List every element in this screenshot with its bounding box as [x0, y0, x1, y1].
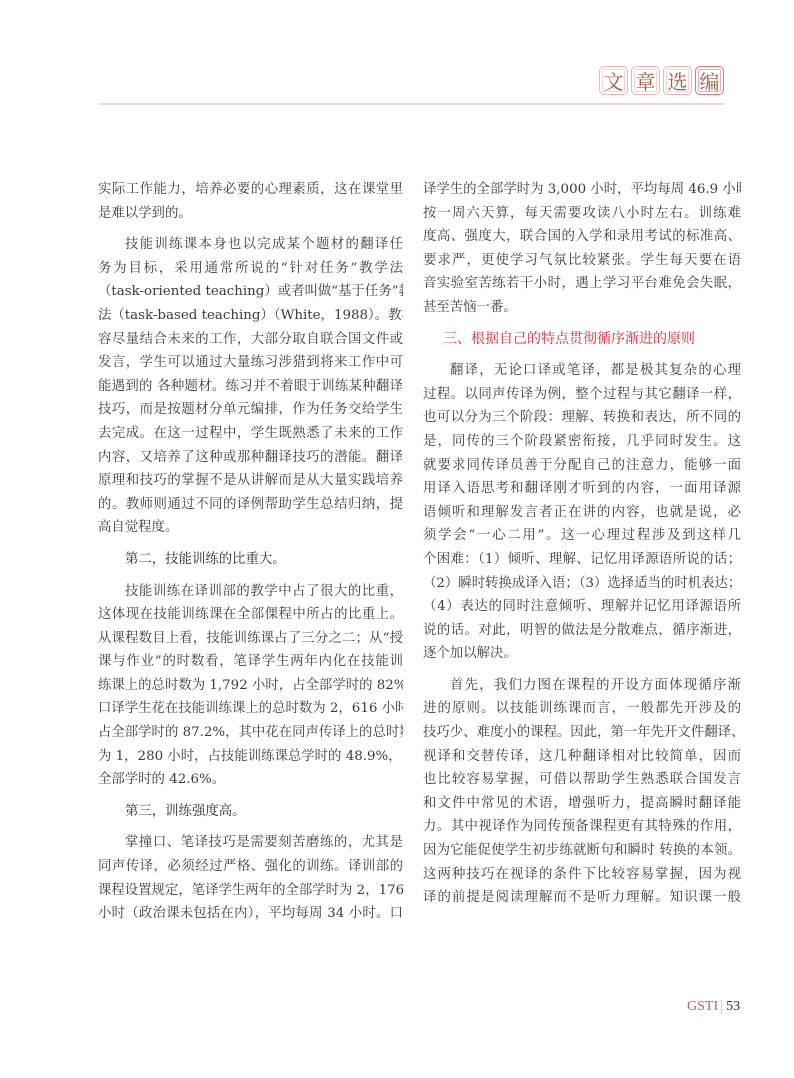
text-line: 这两种技巧在视译的条件下比较容易掌握，因为视 — [423, 863, 741, 887]
text-line: 是难以学到的。 — [98, 202, 403, 226]
text-line: 用译入语思考和翻译刚才听到的内容，一面用译源 — [423, 477, 741, 501]
stamp-char: 编 — [695, 66, 724, 95]
text-line: 实际工作能力，培养必要的心理素质，这在课堂里 — [98, 178, 403, 202]
text-line: 个困难：（1）倾听、理解、记忆用译源语所说的话； — [423, 548, 741, 572]
page-footer: GSTI 53 — [687, 999, 740, 1015]
paragraph-first-line: 首先，我们力图在课程的开设方面体现循序渐 — [423, 674, 741, 698]
stamp-char: 章 — [631, 66, 660, 95]
text-line: 小时（政治课未包括在内），平均每周 34 小时。口 — [98, 902, 403, 926]
text-line: 能遇到的 各种题材。练习并不着眼于训练某种翻译 — [98, 375, 403, 399]
paragraph-first-line: 技能训练在译训部的教学中占了很大的比重， — [98, 580, 403, 604]
text-line: 这体现在技能训练课在全部倮程中所占的比重上。 — [98, 603, 403, 627]
text-line: 高自觉程度。 — [98, 516, 403, 540]
stamp-char: 文 — [599, 66, 628, 95]
text-line: 度高、强度大，联合国的入学和录用考试的标准高、 — [423, 225, 741, 249]
right-column: 译学生的全部学时为 3,000 小时，平均每周 46.9 小时，按一周六天算，每… — [423, 178, 741, 910]
text-line: 技巧，而是按题材分单元编排，作为任务交给学生 — [98, 398, 403, 422]
text-line: 务为目标，采用通常所说的“针对任务”教学法 — [98, 257, 403, 281]
paragraph-gap — [98, 823, 403, 831]
section-label-stamps: 文 章 选 编 — [599, 66, 724, 95]
text-line: 技巧少、难度小的课程。因此，第一年先开文件翻译、 — [423, 721, 741, 745]
text-line: 甚至苦恼一番。 — [423, 296, 741, 320]
text-line: 进的原则。以技能训练课而言，一般都先开涉及的 — [423, 697, 741, 721]
text-line: （2）瞬时转换成译入语；（3）选择适当的时机表达； — [423, 572, 741, 596]
text-line: 原理和技巧的掌握不是从讲解而是从大量实践培养 — [98, 469, 403, 493]
text-line: 的。教师则通过不同的译例帮助学生总结归纳，提 — [98, 493, 403, 517]
section-heading: 三、根据自己的特点贯彻循序渐进的原则 — [423, 328, 741, 352]
page-number: 53 — [726, 999, 740, 1015]
text-line: 去完成。在这一过程中，学生既熟悉了未来的工作 — [98, 422, 403, 446]
paragraph-gap — [423, 351, 741, 359]
text-line: （task-oriented teaching）或者叫做“基于任务”教学 — [98, 280, 403, 304]
footer-divider — [721, 1000, 722, 1015]
journal-brand: GSTI — [687, 999, 718, 1015]
text-line: 要求严，更使学习气氛比较紧张。学生每天要在语 — [423, 249, 741, 273]
paragraph-first-line: 掌撞口、笔译技巧是需要刻苦磨练的，尤其是 — [98, 831, 403, 855]
text-line: 就要求同传译员善于分配自己的注意力，能够一面 — [423, 454, 741, 478]
paragraph-gap — [98, 225, 403, 233]
text-line: 也可以分为三个阶段：理解、转换和表达，所不同的 — [423, 406, 741, 430]
text-line: 内容，又培养了这种或那种翻译技巧的潜能。翻译 — [98, 446, 403, 470]
text-line: 和文件中常见的术语，增强听力，提高瞬时翻译能 — [423, 792, 741, 816]
text-line: 也比较容易掌握，可借以帮助学生熟悉联合国发言 — [423, 768, 741, 792]
text-line: 练课上的总时数为 1,792 小时，占全部学时的 82%， — [98, 674, 403, 698]
left-column: 实际工作能力，培养必要的心理素质，这在课堂里是难以学到的。技能训练课本身也以完成… — [98, 178, 403, 926]
text-line: 发言，学生可以通过大量练习涉猎到将来工作中可 — [98, 351, 403, 375]
text-line: 音实验室苦练若干小时，遇上学习平台难免会失眠， — [423, 272, 741, 296]
paragraph-first-line: 翻译，无论口译或笔译，都是极其复杂的心理 — [423, 359, 741, 383]
stamp-char: 选 — [663, 66, 692, 95]
text-line: 译学生的全部学时为 3,000 小时，平均每周 46.9 小时， — [423, 178, 741, 202]
text-line: 力。其中视译作为同传预备课程更有其特殊的作用， — [423, 815, 741, 839]
text-line: 视译和交替传译，这几种翻译相对比较简单，因而 — [423, 745, 741, 769]
text-line: 须学会“一心二用”。这一心理过程涉及到这样几 — [423, 524, 741, 548]
paragraph-gap — [423, 320, 741, 328]
subheading: 第三，训练强度高。 — [98, 800, 403, 824]
text-line: 译的前提是阅读理解而不是听力理解。知识课一般 — [423, 886, 741, 910]
text-line: 是，同传的三个阶段紧密衔接，几乎同时发生。这 — [423, 430, 741, 454]
text-line: 法（task-based teaching）（White，1988）。教材内 — [98, 304, 403, 328]
text-line: 课与作业”的时数看，笔译学生两年内化在技能训 — [98, 650, 403, 674]
paragraph-gap — [423, 666, 741, 674]
paragraph-first-line: 技能训练课本身也以完成某个题材的翻译任 — [98, 233, 403, 257]
text-line: 语倾听和理解发言者正在讲的内容，也就是说，必 — [423, 501, 741, 525]
text-line: 过程。以同声传译为例，整个过程与其它翻译一样， — [423, 383, 741, 407]
text-line: 占全部学时的 87.2%，其中花在同声传译上的总时数 — [98, 721, 403, 745]
subheading: 第二，技能训练的比重大。 — [98, 548, 403, 572]
text-line: 全部学时的 42.6%。 — [98, 768, 403, 792]
text-line: 因为它能促使学生初步练就断句和瞬时 转换的本领。 — [423, 839, 741, 863]
header-divider — [99, 103, 724, 105]
text-line: 逐个加以解决。 — [423, 642, 741, 666]
text-line: 为 1，280 小时，占技能训练课总学时的 48.9%，占 — [98, 745, 403, 769]
text-line: 容尽量结合未来的工作，大部分取自联合国文件或 — [98, 328, 403, 352]
paragraph-gap — [98, 572, 403, 580]
text-line: 口译学生花在技能训练课上的总时数为 2，616 小时， — [98, 697, 403, 721]
text-line: 课程设置规定，笔译学生两年的全部学时为 2，176 — [98, 879, 403, 903]
text-line: 说的话。对此，明智的做法是分散难点，循序渐进， — [423, 619, 741, 643]
text-line: （4）表达的同时注意倾听、理解并记忆用译源语所 — [423, 595, 741, 619]
text-line: 同声传译，必须经过严格、强化的训练。译训部的 — [98, 855, 403, 879]
paragraph-gap — [98, 540, 403, 548]
text-line: 按一周六天算，每天需要攻读八小时左右。训练难 — [423, 202, 741, 226]
paragraph-gap — [98, 792, 403, 800]
text-line: 从课程数目上看，技能训练课占了三分之二；从“授 — [98, 627, 403, 651]
